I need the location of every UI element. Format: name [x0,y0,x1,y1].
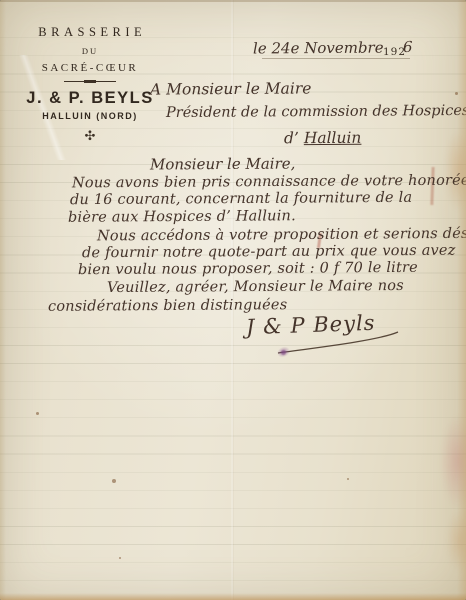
body-line: Veuillez, agréer, Monsieur le Maire nos [107,278,404,296]
ink-blot [281,350,286,355]
letterhead-brand-line2: DU [25,47,155,56]
recipient-line1: A Monsieur le Maire [150,79,312,98]
paper-edge [0,0,6,600]
letterhead-city: HALLUIN (NORD) [25,112,155,122]
body-line: du 16 courant, concernant la fourniture … [70,190,412,208]
letterhead-divider [64,81,116,82]
recipient-line3: d’ Halluin [284,129,362,148]
paper-edge [0,593,466,600]
paper-edge [0,0,466,2]
body-line: bien voulu nous proposer, soit : 0 f 70 … [78,260,418,278]
printer-ornament-icon: ✣ [25,129,155,143]
body-line: de fournir notre quote-part au prix que … [82,243,456,262]
paper-edge [457,0,466,600]
recipient-place: Halluin [304,129,362,148]
body-line: considérations bien distinguées [48,297,287,315]
recipient-line2: Président de la commission des Hospices [166,103,466,121]
handwritten-year-digit: 6 [403,38,413,56]
printed-date-rule [262,58,410,59]
recipient-place-prefix: d’ [284,129,304,147]
signature-flourish [240,320,410,362]
paper-speck [36,412,39,415]
salutation: Monsieur le Maire, [150,154,296,173]
paper-speck [347,478,349,480]
paper-speck [112,479,116,483]
letterhead-brand-line3: SACRÉ-CŒUR [25,62,155,74]
letterhead: BRASSERIE DU SACRÉ-CŒUR J. & P. BEYLS HA… [25,26,155,144]
letterhead-brand-line1: BRASSERIE [25,26,155,40]
body-line: bière aux Hospices d’ Halluin. [68,208,296,226]
letter-scan: BRASSERIE DU SACRÉ-CŒUR J. & P. BEYLS HA… [0,0,466,600]
handwritten-date: le 24e Novembre [253,39,384,58]
paper-speck [119,557,121,559]
body-line: Nous accédons à votre proposition et ser… [97,226,466,245]
letterhead-company-name: J. & P. BEYLS [25,89,155,107]
body-line: Nous avons bien pris connaissance de vot… [72,173,466,192]
